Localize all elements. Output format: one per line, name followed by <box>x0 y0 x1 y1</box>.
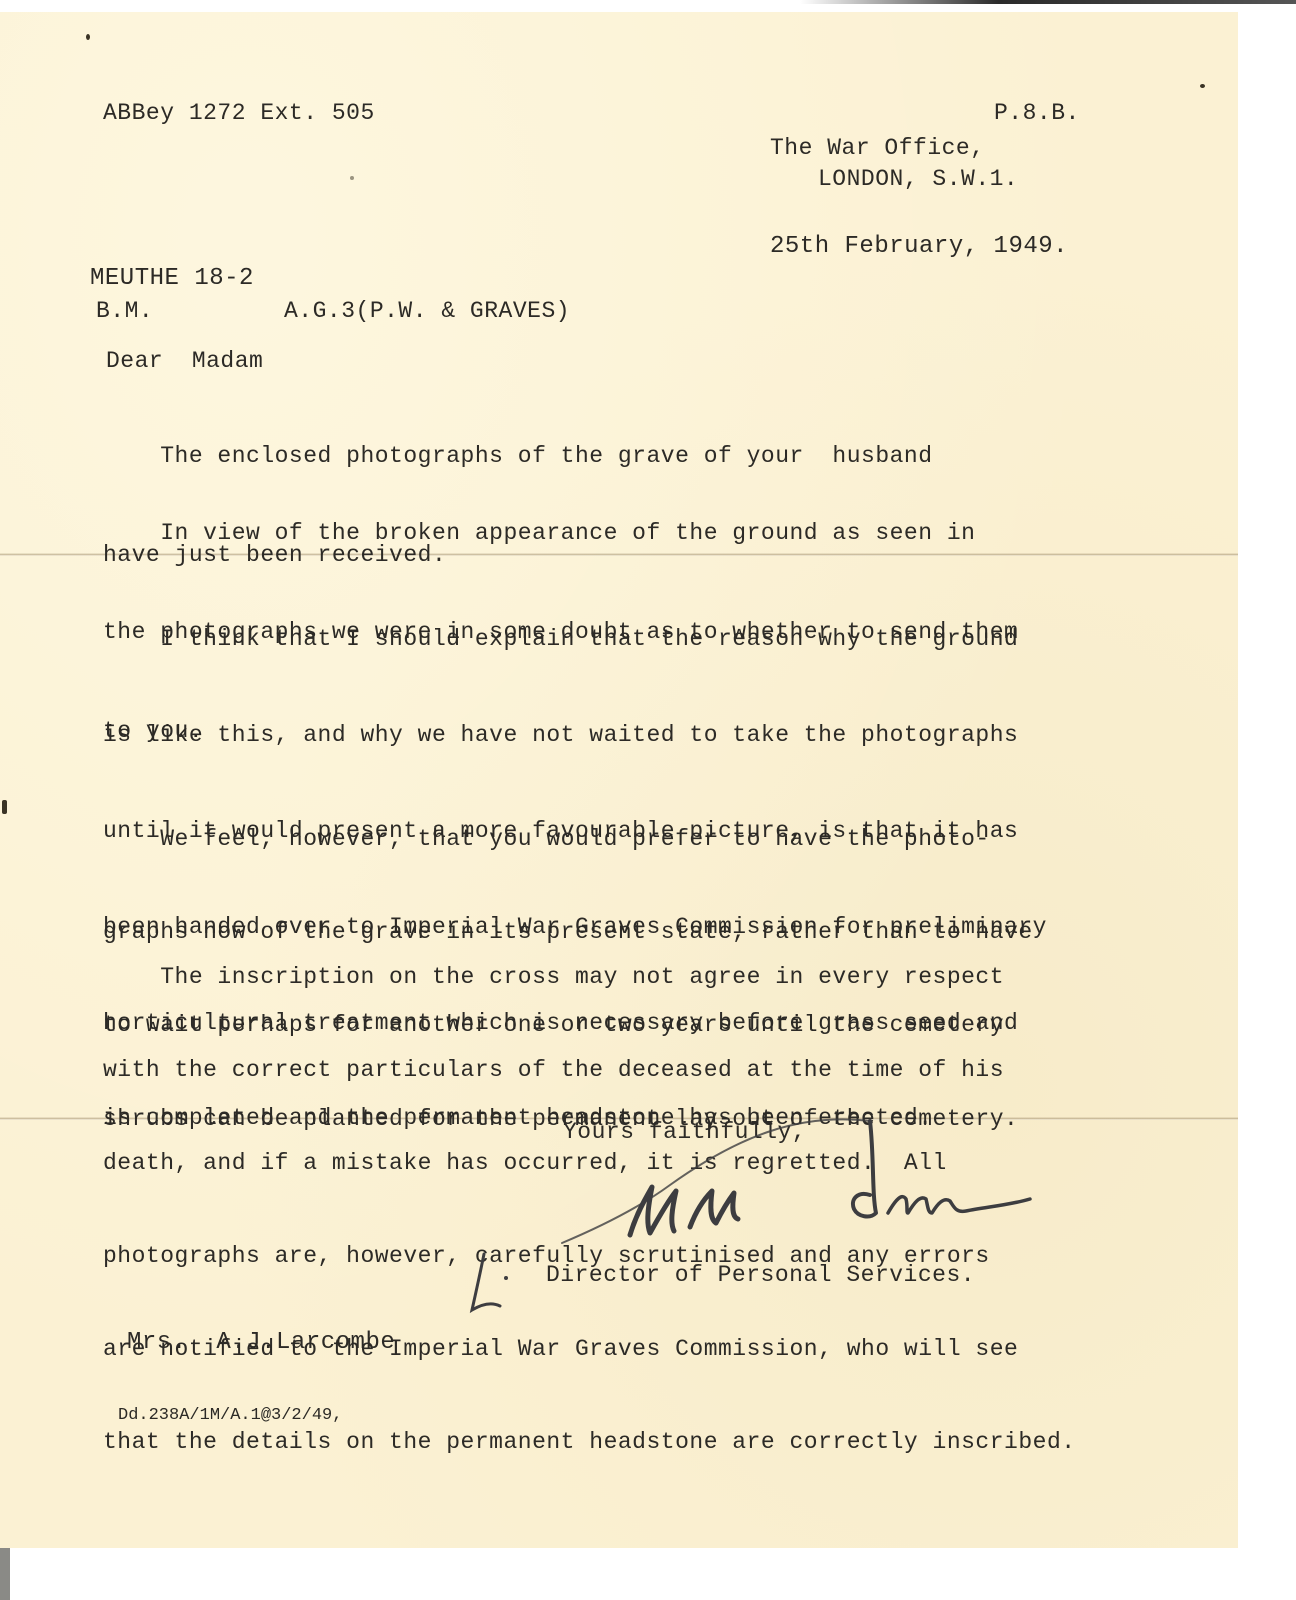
sender-org: The War Office, <box>770 133 985 164</box>
signature-title: Director of Personal Services. <box>546 1260 975 1291</box>
paragraph-line: with the correct particulars of the dece… <box>103 1055 1076 1086</box>
scan-edge-strip <box>0 1548 10 1600</box>
paragraph-line: The inscription on the cross may not agr… <box>103 962 1076 993</box>
paragraph-line: We feel, however, that you would prefer … <box>103 824 1033 855</box>
scan-edge-shadow <box>800 0 1296 4</box>
paper-speck <box>1200 84 1205 88</box>
letter-date: 25th February, 1949. <box>770 231 1068 262</box>
sender-city: LONDON, S.W.1. <box>818 164 1018 195</box>
paragraph-line: is like this, and why we have not waited… <box>103 719 1047 751</box>
reference-initials: B.M. <box>96 296 153 327</box>
paper-speck <box>86 34 90 40</box>
reference-code: P.8.B. <box>994 98 1080 129</box>
recipient-name: Mrs. A.J.Larcombe <box>127 1327 395 1358</box>
telephone-number: ABBey 1272 Ext. 505 <box>103 98 375 129</box>
department-reference: A.G.3(P.W. & GRAVES) <box>284 296 570 327</box>
handwritten-initial-mark <box>464 1250 514 1320</box>
file-reference: MEUTHE 18-2 <box>90 263 254 294</box>
form-code: Dd.238A/1M/A.1@3/2/49, <box>118 1400 342 1431</box>
paragraph-line: In view of the broken appearance of the … <box>103 517 1018 550</box>
paper-speck <box>2 800 7 814</box>
paragraph-line: I think that I should explain that the r… <box>103 623 1047 655</box>
paragraph-line: that the details on the permanent headst… <box>103 1427 1076 1458</box>
paper-speck <box>350 176 354 180</box>
salutation: Dear Madam <box>106 346 263 377</box>
